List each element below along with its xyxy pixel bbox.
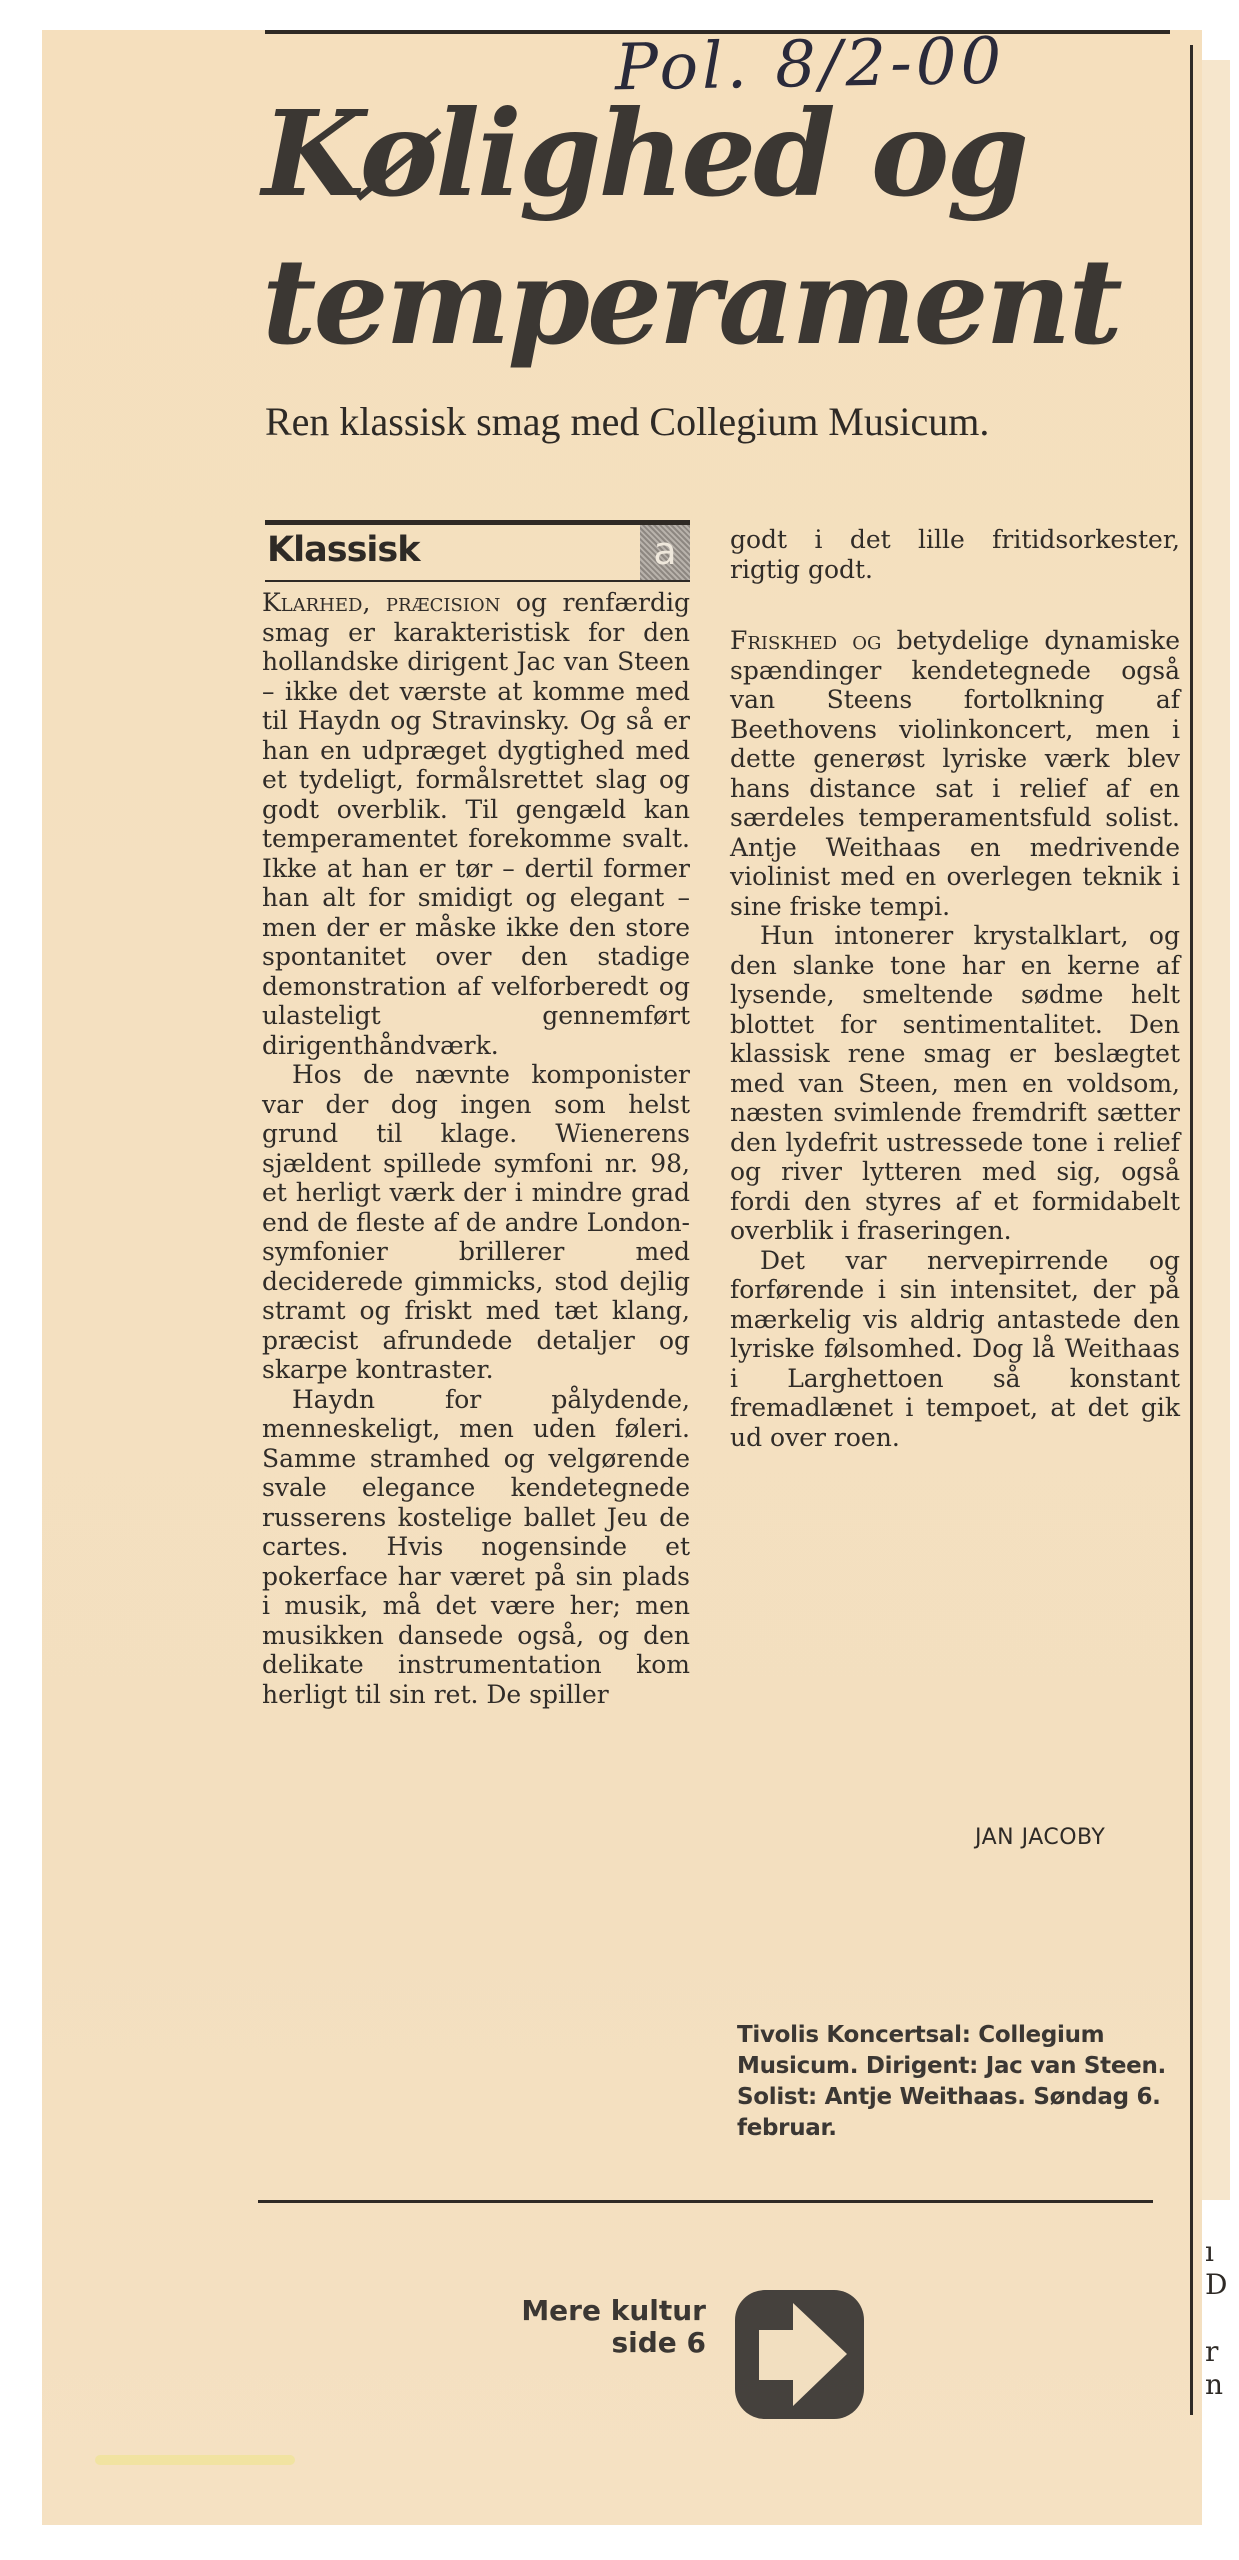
paragraph-lead: Klarhed, præcision <box>262 588 500 617</box>
section-rubric: Klassisk a <box>265 520 690 582</box>
headline-line-1: Kølighed og <box>262 84 1026 223</box>
paragraph-text: betydelige dynamiske spændinger kendeteg… <box>730 626 1180 921</box>
byline: JAN JACOBY <box>975 1825 1105 1850</box>
arrow-right-icon[interactable] <box>733 2288 866 2421</box>
more-culture-page: side 6 <box>611 2326 706 2359</box>
highlighter-stain <box>95 2455 295 2465</box>
left-column: Klarhed, præcision og renfærdig smag er … <box>262 588 690 1709</box>
subtitle: Ren klassisk smag med Collegium Musicum. <box>265 398 989 445</box>
adjacent-column-strip <box>1202 60 1230 2200</box>
column-divider-rule <box>1190 45 1193 2415</box>
paragraph: Hos de nævnte komponister var der dog in… <box>262 1060 690 1385</box>
headline: Kølighed og temperament <box>262 80 1162 376</box>
bottom-rule <box>258 2200 1153 2203</box>
paragraph: Friskhed og betydelige dynamiske spændin… <box>730 626 1180 921</box>
edge-text-fragment: n <box>1205 2368 1223 2401</box>
more-culture-link[interactable]: Mere kultur side 6 <box>470 2295 706 2359</box>
paragraph: Klarhed, præcision og renfærdig smag er … <box>262 588 690 1060</box>
edge-text-fragment: r <box>1205 2335 1218 2368</box>
right-column: godt i det lille fritidsorkester, rigtig… <box>730 525 1180 1452</box>
headline-line-2: temperament <box>262 232 1120 371</box>
concert-info: Tivolis Koncertsal: Collegium Musicum. D… <box>737 2020 1187 2144</box>
section-label: Klassisk <box>267 530 420 570</box>
more-culture-label: Mere kultur <box>521 2294 706 2327</box>
paragraph: Det var nervepirrende og forførende i si… <box>730 1246 1180 1453</box>
edge-text-fragment: ı <box>1205 2235 1214 2268</box>
paragraph-text: og renfærdig smag er karakteristisk for … <box>262 588 690 1060</box>
paragraph: godt i det lille fritidsorkester, rigtig… <box>730 525 1180 584</box>
section-badge-icon: a <box>640 525 690 580</box>
paragraph: Haydn for pålydende, menneskeligt, men u… <box>262 1385 690 1710</box>
edge-text-fragment: D <box>1205 2268 1227 2301</box>
paragraph-lead: Friskhed og <box>730 626 881 655</box>
paragraph: Hun intonerer krystalklart, og den slank… <box>730 921 1180 1246</box>
